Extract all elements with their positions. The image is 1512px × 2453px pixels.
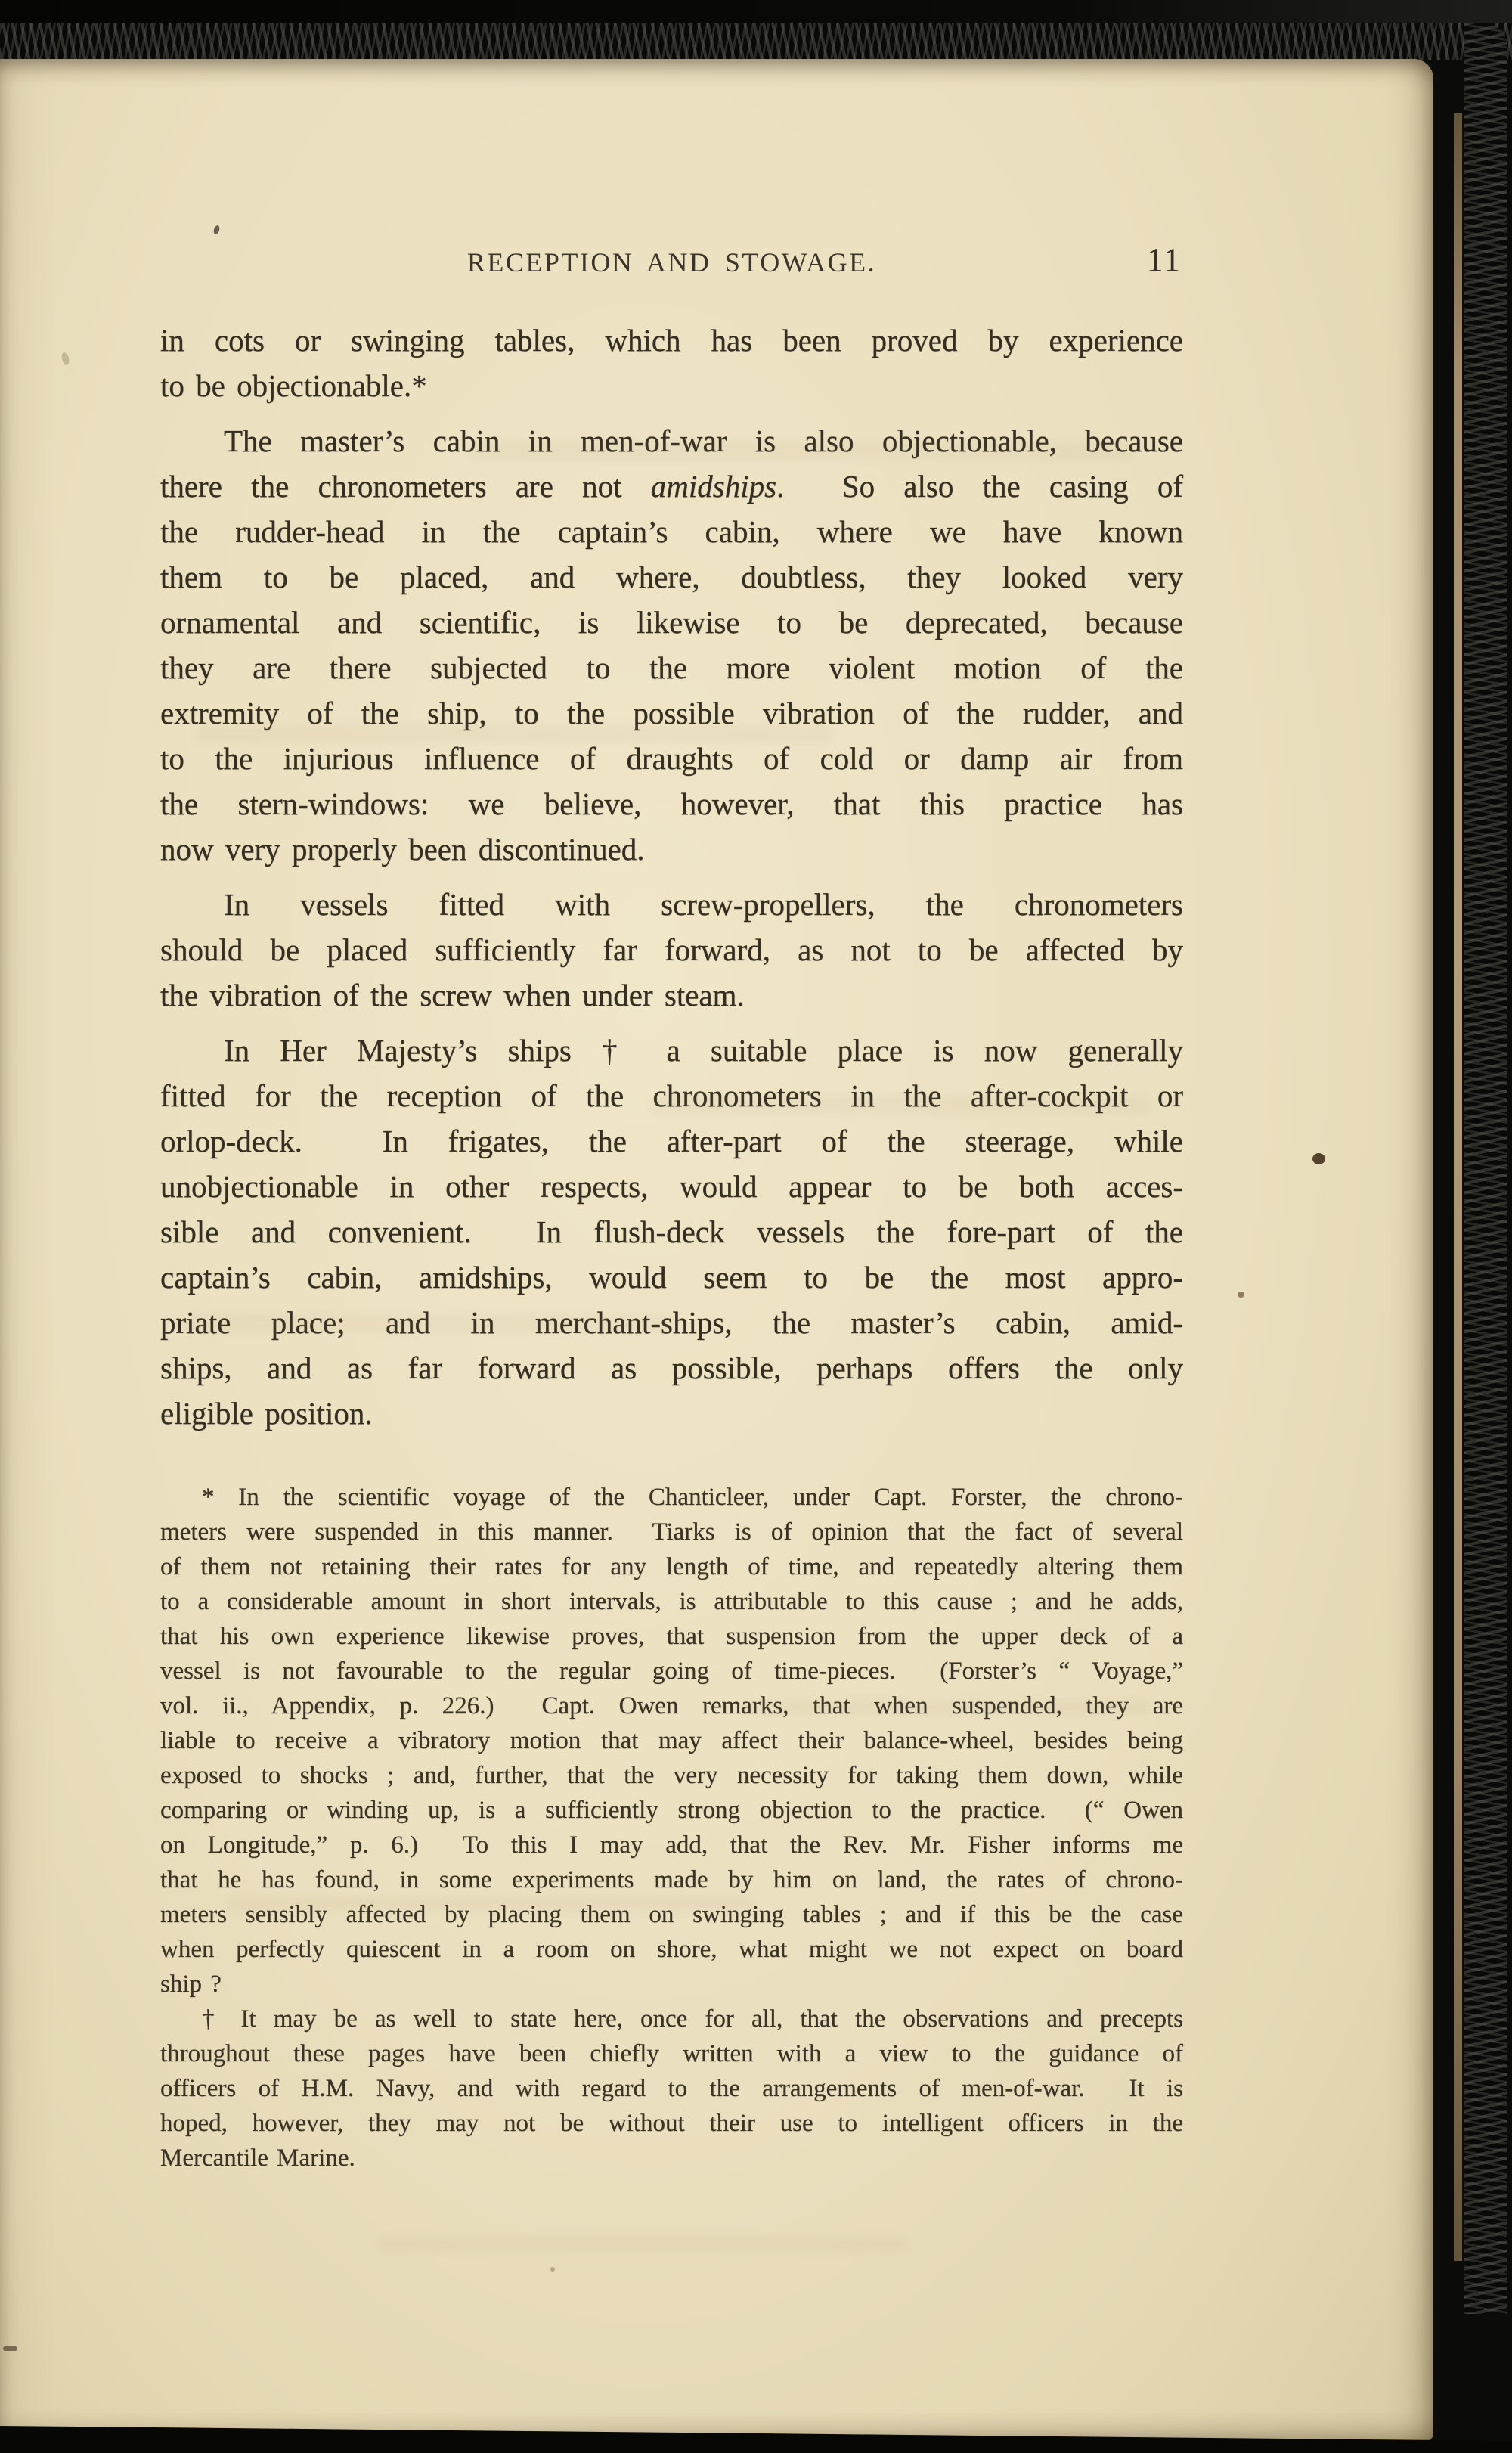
text-line: on Longitude,” p. 6.) To this I may add,… (160, 1828, 1183, 1862)
show-through-ghost (378, 2237, 907, 2252)
show-through-ghost (227, 1896, 756, 1912)
footnotes: * In the scientific voyage of the Chanti… (160, 1480, 1183, 2175)
show-through-ghost (181, 1314, 673, 1332)
show-through-ghost (650, 1095, 1149, 1115)
text-line: them to be placed, and where, doubtless,… (160, 554, 1183, 600)
text-line: eligible position. (160, 1391, 1183, 1436)
text-line: that his own experience likewise proves,… (160, 1619, 1183, 1654)
text-line: now very properly been discontinued. (160, 826, 1183, 872)
text-line: unobjectionable in other respects, would… (160, 1164, 1183, 1209)
text-line: ornamental and scientific, is likewise t… (160, 600, 1183, 645)
cover-binding-texture-right (1464, 23, 1507, 2314)
text-line: they are there subjected to the more vio… (160, 645, 1183, 690)
show-through-ghost (741, 1700, 1149, 1715)
paragraph: * In the scientific voyage of the Chanti… (160, 1480, 1183, 2002)
book-scan: RECEPTION AND STOWAGE. 11 in cots or swi… (0, 0, 1512, 2453)
text-line: † It may be as well to state here, once … (160, 2002, 1183, 2036)
running-header: RECEPTION AND STOWAGE. 11 (160, 247, 1183, 292)
text-line: exposed to shocks ; and, further, that t… (160, 1758, 1183, 1793)
text-line: should be placed sufficiently far forwar… (160, 927, 1183, 972)
text-line: hoped, however, they may not be without … (160, 2106, 1183, 2141)
text-line: ship ? (160, 1967, 1183, 2002)
page-number: 11 (1147, 240, 1182, 279)
text-line: in cots or swinging tables, which has be… (160, 318, 1183, 363)
text-line: to the injurious influence of draughts o… (160, 736, 1183, 781)
book-cover-top (0, 0, 1512, 26)
foxing-speck (3, 2346, 17, 2351)
text-line: the vibration of the screw when under st… (160, 972, 1183, 1018)
text-line: * In the scientific voyage of the Chanti… (160, 1480, 1183, 1515)
paragraph: The master’s cabin in men-of-war is also… (160, 418, 1183, 872)
text-line: that he has found, in some experiments m… (160, 1862, 1183, 1897)
main-text: in cots or swinging tables, which has be… (160, 318, 1183, 1436)
text-line: there the chronometers are not amidships… (160, 464, 1183, 509)
text-line: to a considerable amount in short interv… (160, 1584, 1183, 1619)
text-line: to be objectionable.* (160, 363, 1183, 408)
text-line: orlop-deck. In frigates, the after-part … (160, 1118, 1183, 1164)
cover-binding-texture-top (0, 23, 1512, 60)
text-line: Mercantile Marine. (160, 2141, 1183, 2175)
text-line: ships, and as far forward as possible, p… (160, 1345, 1183, 1391)
show-through-ghost (197, 724, 832, 743)
foxing-speck (60, 352, 70, 366)
foxing-speck (550, 2267, 555, 2272)
text-line: throughout these pages have been chiefly… (160, 2036, 1183, 2071)
text-line: comparing or winding up, is a sufficient… (160, 1793, 1183, 1828)
text-line: sible and convenient. In flush-deck vess… (160, 1209, 1183, 1254)
show-through-ghost (469, 441, 1134, 461)
text-line: vessel is not favourable to the regular … (160, 1654, 1183, 1689)
text-line: of them not retaining their rates for an… (160, 1549, 1183, 1584)
text-segment: . So also the casing of (776, 469, 1183, 504)
paragraph: † It may be as well to state here, once … (160, 2002, 1183, 2175)
text-line: In Her Majesty’s ships † a suitable plac… (160, 1028, 1183, 1073)
text-line: the rudder-head in the captain’s cabin, … (160, 509, 1183, 554)
foxing-speck (1312, 1153, 1325, 1164)
text-line: liable to receive a vibratory motion tha… (160, 1723, 1183, 1758)
foxing-speck (212, 225, 220, 235)
foxing-speck (1238, 1292, 1244, 1298)
text-line: meters were suspended in this manner. Ti… (160, 1515, 1183, 1549)
text-line: captain’s cabin, amidships, would seem t… (160, 1254, 1183, 1300)
paragraph: in cots or swinging tables, which has be… (160, 318, 1183, 408)
paragraph: In vessels fitted with screw-propellers,… (160, 882, 1183, 1018)
italic-text: amidships (651, 469, 776, 504)
book-page: RECEPTION AND STOWAGE. 11 in cots or swi… (0, 59, 1433, 2441)
text-line: the stern-windows: we believe, however, … (160, 781, 1183, 826)
text-segment: there the chronometers are not (160, 469, 651, 504)
paragraph: In Her Majesty’s ships † a suitable plac… (160, 1028, 1183, 1436)
text-line: when perfectly quiescent in a room on sh… (160, 1932, 1183, 1967)
text-line: officers of H.M. Navy, and with regard t… (160, 2071, 1183, 2106)
book-page-edges (1454, 113, 1462, 2261)
running-header-title: RECEPTION AND STOWAGE. (160, 247, 1183, 278)
text-line: In vessels fitted with screw-propellers,… (160, 882, 1183, 927)
